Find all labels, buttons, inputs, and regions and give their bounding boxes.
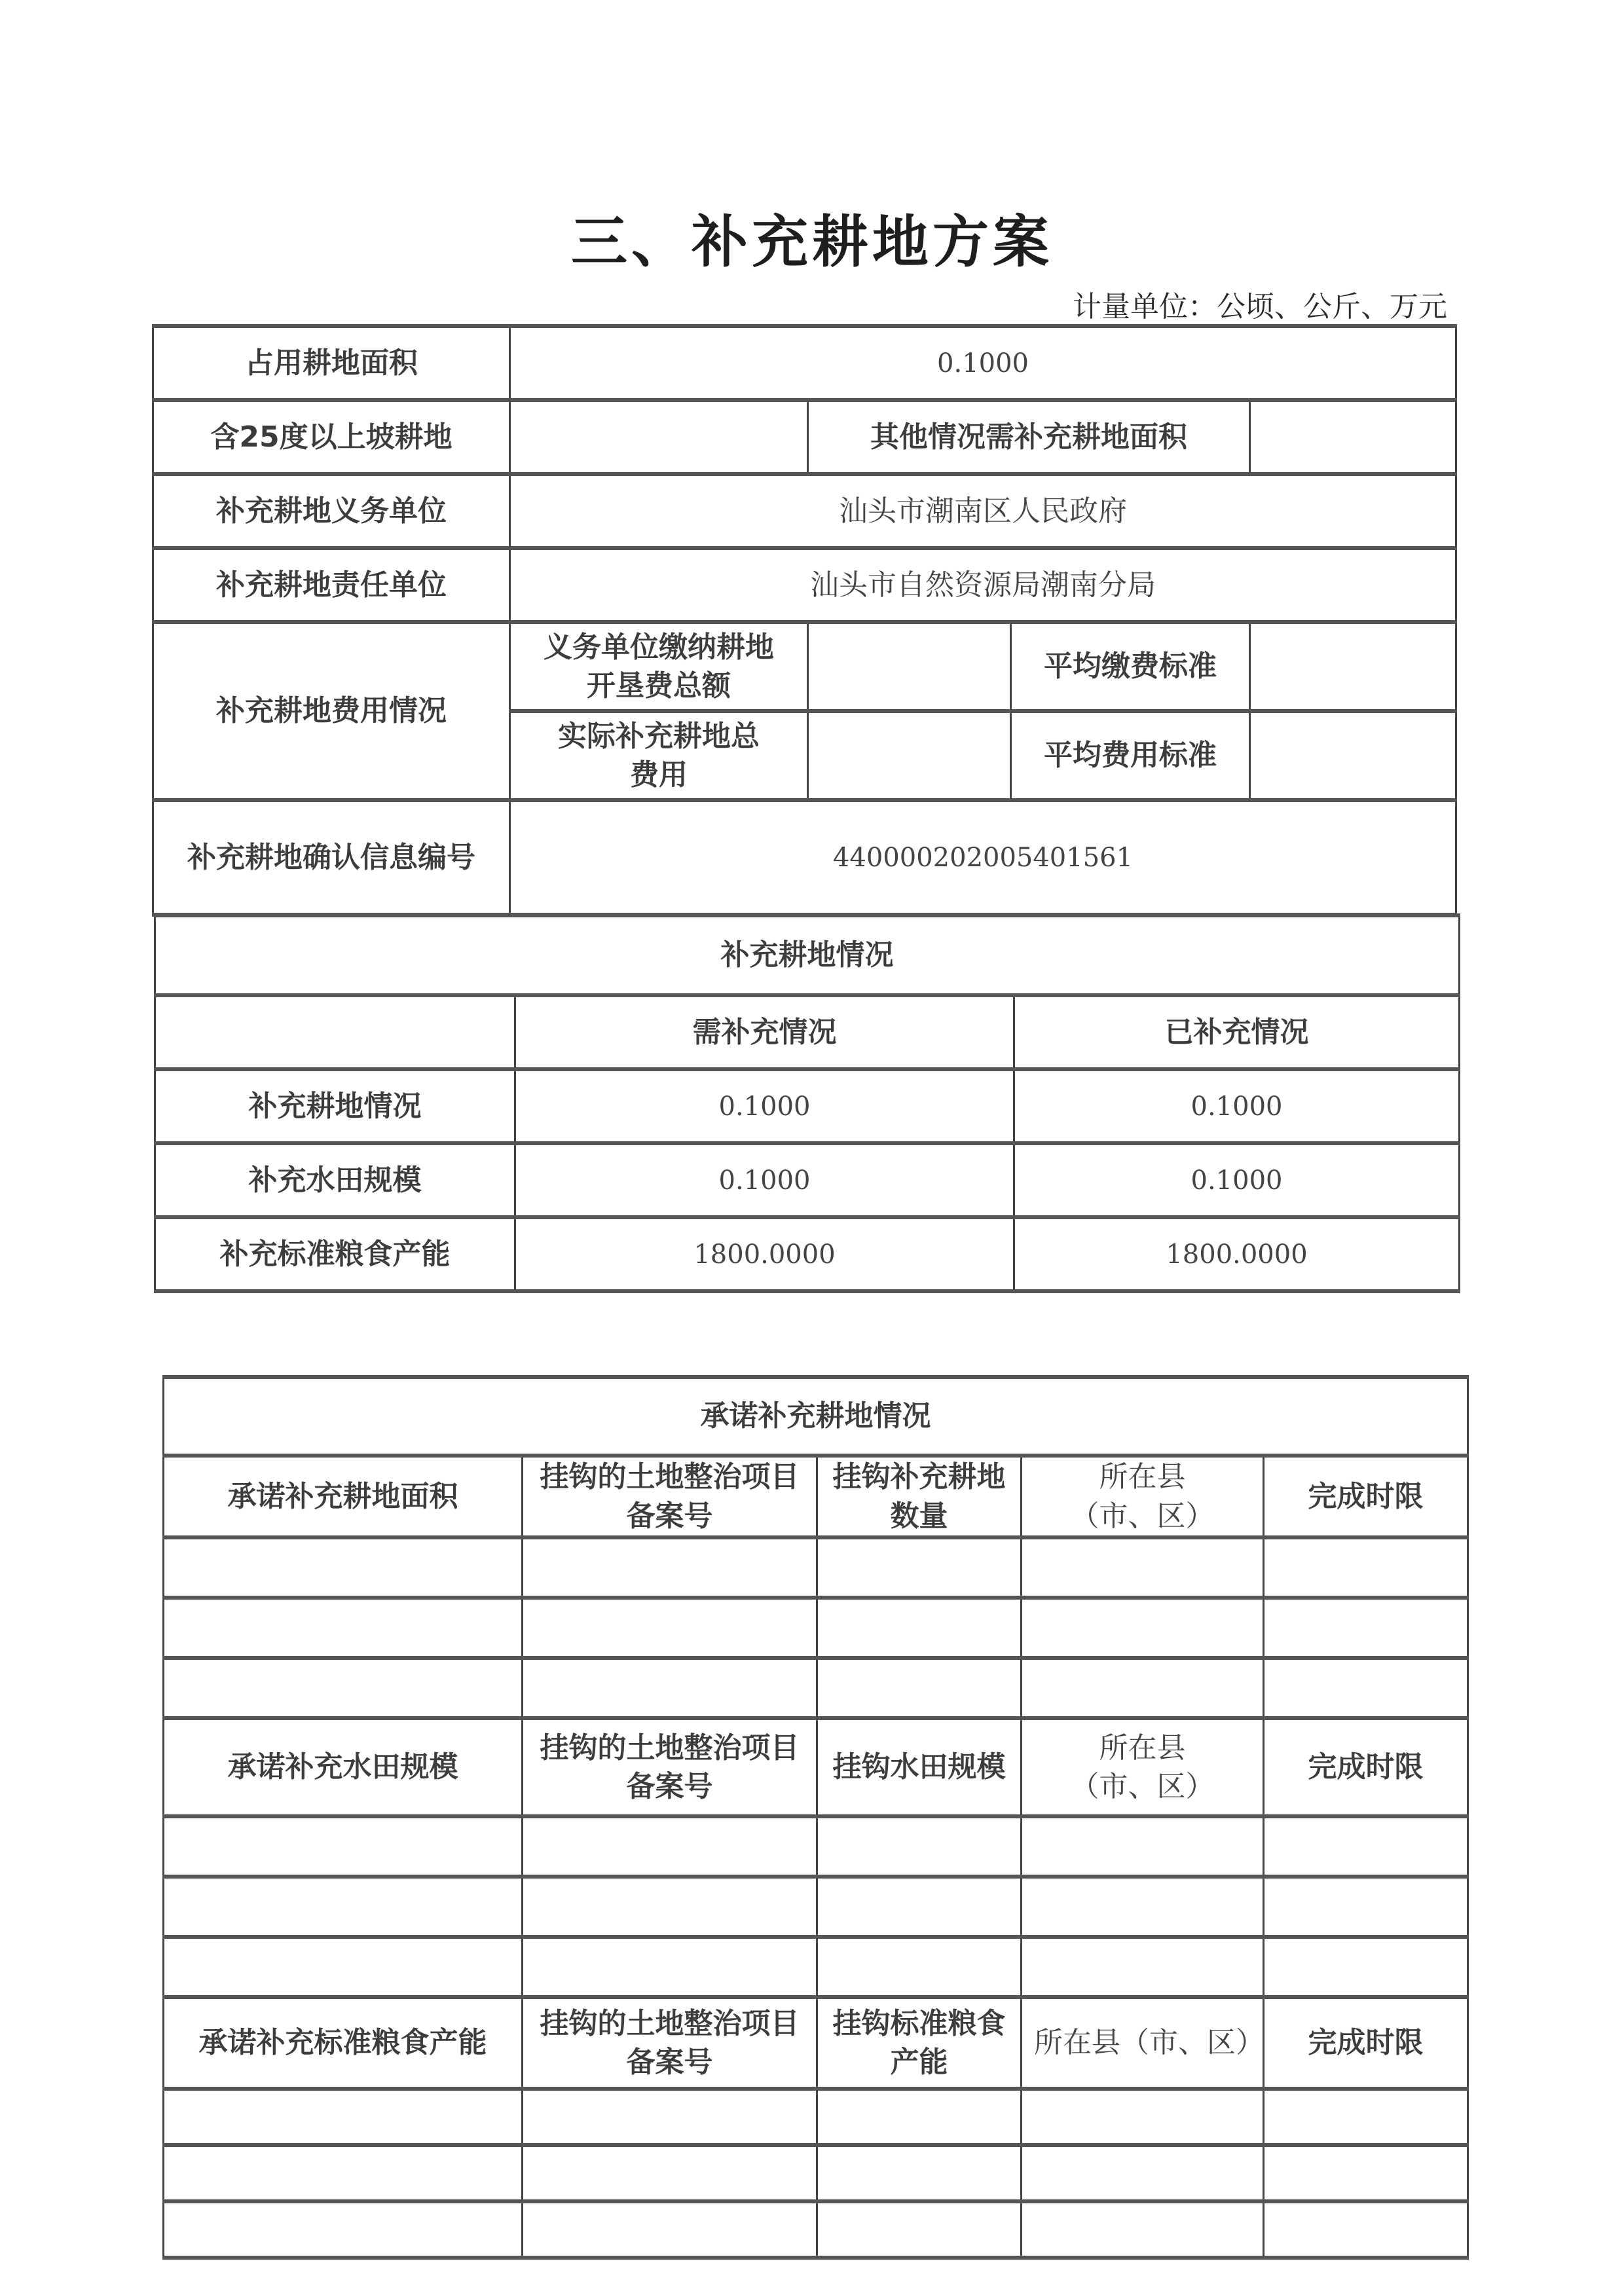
- slope-label: 含25度以上坡耕地: [153, 400, 510, 474]
- promise-header-1: 挂钩的土地整治项目备案号: [523, 1997, 817, 2089]
- done-value: 0.1000: [1014, 1143, 1460, 1217]
- promise-header-3: 所在县（市、区）: [1022, 1456, 1264, 1537]
- table-row: [164, 2089, 1468, 2145]
- promise-header-row: 承诺补充耕地面积 挂钩的土地整治项目备案号 挂钩补充耕地数量 所在县（市、区） …: [164, 1456, 1468, 1537]
- promise-header-4: 完成时限: [1264, 1718, 1468, 1816]
- promise-header-3: 所在县（市、区）: [1022, 1997, 1264, 2089]
- done-value: 0.1000: [1014, 1069, 1460, 1143]
- promise-header-2: 挂钩水田规模: [817, 1718, 1022, 1816]
- promise-header-row: 承诺补充水田规模 挂钩的土地整治项目备案号 挂钩水田规模 所在县（市、区） 完成…: [164, 1718, 1468, 1816]
- done-value: 1800.0000: [1014, 1217, 1460, 1291]
- required-value: 1800.0000: [515, 1217, 1014, 1291]
- table-row: [164, 2145, 1468, 2201]
- promise-header-0: 承诺补充耕地面积: [164, 1456, 523, 1537]
- responsible-unit-value: 汕头市自然资源局潮南分局: [510, 548, 1456, 622]
- confirm-number-value: 440000202005401561: [510, 800, 1456, 915]
- col-required: 需补充情况: [515, 995, 1014, 1069]
- required-value: 0.1000: [515, 1143, 1014, 1217]
- row-label: 补充水田规模: [155, 1143, 515, 1217]
- page-title: 三、补充耕地方案: [0, 196, 1624, 278]
- avg-cost-value: [1250, 711, 1456, 800]
- occupied-area-label: 占用耕地面积: [153, 326, 510, 400]
- table-row: [164, 1816, 1468, 1877]
- cost-label: 补充耕地费用情况: [153, 622, 510, 800]
- table-row: [164, 2201, 1468, 2258]
- promise-header-row: 承诺补充标准粮食产能 挂钩的土地整治项目备案号 挂钩标准粮食产能 所在县（市、区…: [164, 1997, 1468, 2089]
- promise-header-4: 完成时限: [1264, 1456, 1468, 1537]
- promise-header-0: 承诺补充标准粮食产能: [164, 1997, 523, 2089]
- promise-header-4: 完成时限: [1264, 1997, 1468, 2089]
- promise-header-2: 挂钩补充耕地数量: [817, 1456, 1022, 1537]
- table-row: [164, 1537, 1468, 1598]
- situation-table: 补充耕地情况 需补充情况 已补充情况 补充耕地情况 0.1000 0.1000 …: [154, 913, 1460, 1293]
- obligation-unit-value: 汕头市潮南区人民政府: [510, 474, 1456, 548]
- required-value: 0.1000: [515, 1069, 1014, 1143]
- table-row: [164, 1937, 1468, 1997]
- actual-cost-label: 实际补充耕地总费用: [510, 711, 808, 800]
- promise-table: 承诺补充耕地情况 承诺补充耕地面积 挂钩的土地整治项目备案号 挂钩补充耕地数量 …: [162, 1375, 1469, 2260]
- promise-header-2: 挂钩标准粮食产能: [817, 1997, 1022, 2089]
- fee-total-label: 义务单位缴纳耕地开垦费总额: [510, 622, 808, 711]
- other-area-label: 其他情况需补充耕地面积: [808, 400, 1250, 474]
- row-label: 补充标准粮食产能: [155, 1217, 515, 1291]
- table-row: [164, 1658, 1468, 1718]
- confirm-number-label: 补充耕地确认信息编号: [153, 800, 510, 915]
- basic-info-table: 占用耕地面积 0.1000 含25度以上坡耕地 其他情况需补充耕地面积 补充耕地…: [152, 324, 1457, 917]
- obligation-unit-label: 补充耕地义务单位: [153, 474, 510, 548]
- promise-header-0: 承诺补充水田规模: [164, 1718, 523, 1816]
- col-done: 已补充情况: [1014, 995, 1460, 1069]
- table-row: [164, 1877, 1468, 1937]
- responsible-unit-label: 补充耕地责任单位: [153, 548, 510, 622]
- table-row: 补充水田规模 0.1000 0.1000: [155, 1143, 1460, 1217]
- promise-header-3: 所在县（市、区）: [1022, 1718, 1264, 1816]
- situation-section-title: 补充耕地情况: [155, 915, 1460, 995]
- fee-total-value: [808, 622, 1011, 711]
- slope-value: [510, 400, 808, 474]
- promise-section-title: 承诺补充耕地情况: [164, 1377, 1468, 1456]
- promise-header-1: 挂钩的土地整治项目备案号: [523, 1718, 817, 1816]
- avg-fee-value: [1250, 622, 1456, 711]
- table-row: 补充耕地情况 0.1000 0.1000: [155, 1069, 1460, 1143]
- avg-cost-label: 平均费用标准: [1011, 711, 1250, 800]
- measurement-units: 计量单位：公顷、公斤、万元: [1073, 283, 1447, 325]
- table-row: [164, 1598, 1468, 1658]
- promise-header-1: 挂钩的土地整治项目备案号: [523, 1456, 817, 1537]
- row-label: 补充耕地情况: [155, 1069, 515, 1143]
- avg-fee-label: 平均缴费标准: [1011, 622, 1250, 711]
- other-area-value: [1250, 400, 1456, 474]
- occupied-area-value: 0.1000: [510, 326, 1456, 400]
- situation-corner: [155, 995, 515, 1069]
- actual-cost-value: [808, 711, 1011, 800]
- table-row: 补充标准粮食产能 1800.0000 1800.0000: [155, 1217, 1460, 1291]
